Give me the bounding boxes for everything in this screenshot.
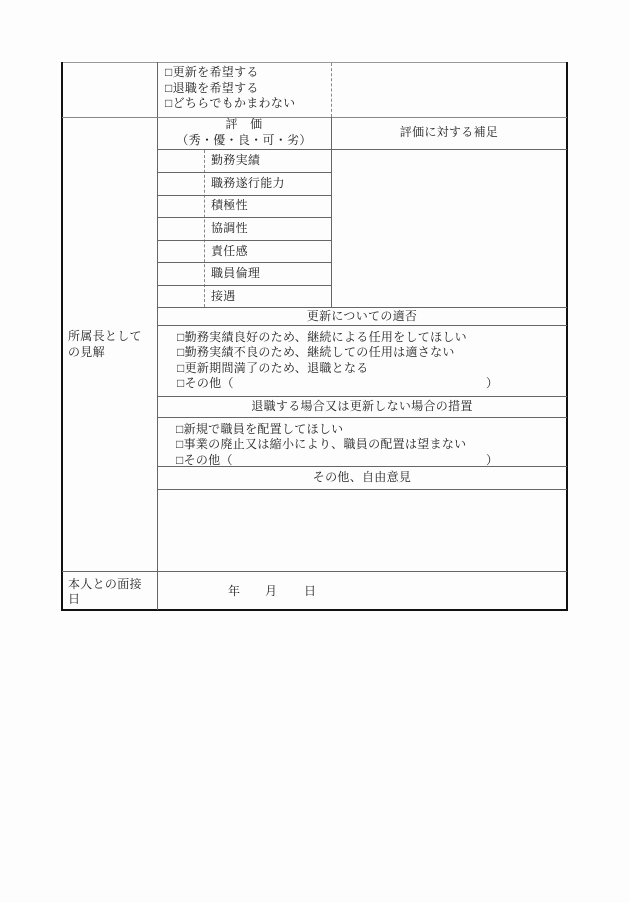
option-term-expired: □更新期間満了のため、退職となる (177, 361, 467, 377)
measures-options: □新規で職員を配置してほしい □事業の廃止又は縮小により、職員の配置は望まない … (176, 422, 466, 469)
evaluation-item-initiative: 積極性 (211, 198, 248, 214)
row-divider (62, 571, 567, 572)
label-line: 本人との面接 (68, 577, 142, 593)
evaluation-header-title: 評 価 (157, 117, 331, 133)
option-wish-retire: □退職を希望する (165, 81, 295, 97)
option-label: 更新期間満了のため、退職となる (185, 361, 369, 375)
option-label: 退職を希望する (173, 81, 259, 95)
evaluation-item-ethics: 職員倫理 (211, 266, 260, 282)
row-divider (157, 325, 567, 326)
option-either: □どちらでもかまわない (165, 96, 295, 112)
option-label: その他（ (184, 453, 233, 467)
table-border-top (61, 62, 568, 63)
checkbox: □ (165, 65, 173, 81)
table-border-bottom (61, 609, 568, 611)
checkbox: □ (165, 96, 173, 112)
grade-entry-divider (204, 150, 205, 307)
row-divider (157, 195, 331, 196)
checkbox: □ (176, 422, 184, 438)
label-line: 日 (68, 592, 142, 608)
renewal-suitability-options: □勤務実績良好のため、継続による任用をしてほしい □勤務実績不良のため、継続して… (177, 330, 467, 392)
evaluation-item-work-results: 勤務実績 (211, 153, 260, 169)
dashed-divider (331, 63, 332, 117)
interview-date-label: 本人との面接 日 (68, 577, 142, 608)
evaluation-item-cooperation: 協調性 (211, 221, 248, 237)
supervisor-opinion-label: 所属長として の見解 (68, 329, 142, 360)
month-label: 月 (265, 584, 277, 600)
day-label: 日 (304, 584, 316, 600)
renewal-suitability-header: 更新についての適否 (157, 309, 567, 325)
row-divider (157, 240, 331, 241)
evaluation-item-customer-service: 接遇 (211, 289, 236, 305)
option-label: どちらでもかまわない (173, 96, 296, 110)
option-label: 勤務実績不良のため、継続しての任用は適さない (185, 345, 455, 359)
option-other: □その他（ (177, 376, 467, 392)
form-page: □更新を希望する □退職を希望する □どちらでもかまわない 所属長として の見解… (0, 0, 630, 903)
row-divider (157, 466, 567, 467)
checkbox: □ (177, 376, 185, 392)
evaluation-column-divider (331, 117, 332, 307)
table-border-left (61, 62, 63, 611)
other-close-paren: ） (486, 376, 498, 392)
option-label: 新規で職員を配置してほしい (184, 422, 344, 436)
evaluation-item-job-ability: 職務遂行能力 (211, 176, 285, 192)
option-assign-new-staff: □新規で職員を配置してほしい (176, 422, 466, 438)
table-border-right (566, 62, 568, 611)
row-divider (157, 149, 567, 150)
option-wish-renew: □更新を希望する (165, 65, 295, 81)
row-divider (157, 417, 567, 418)
evaluation-item-responsibility: 責任感 (211, 244, 248, 260)
checkbox: □ (177, 361, 185, 377)
renewal-wish-options: □更新を希望する □退職を希望する □どちらでもかまわない (165, 65, 295, 112)
row-divider (157, 285, 331, 286)
option-good-performance: □勤務実績良好のため、継続による任用をしてほしい (177, 330, 467, 346)
row-divider (157, 262, 331, 263)
row-divider (157, 217, 331, 218)
year-label: 年 (228, 584, 240, 600)
option-poor-performance: □勤務実績不良のため、継続しての任用は適さない (177, 345, 467, 361)
option-label: 更新を希望する (173, 65, 259, 79)
evaluation-supplement-header: 評価に対する補足 (331, 125, 567, 141)
evaluation-header-scale: （秀・優・良・可・劣） (157, 133, 331, 149)
row-divider (157, 489, 567, 490)
measures-header: 退職する場合又は更新しない場合の措置 (157, 399, 567, 415)
row-divider (157, 396, 567, 397)
row-divider (157, 172, 331, 173)
free-opinion-header: その他、自由意見 (157, 470, 567, 486)
option-label: 勤務実績良好のため、継続による任用をしてほしい (185, 330, 467, 344)
free-opinion-field (165, 495, 560, 565)
checkbox: □ (177, 345, 185, 361)
option-label: 事業の廃止又は縮小により、職員の配置は望まない (184, 437, 467, 451)
checkbox: □ (165, 81, 173, 97)
option-label: その他（ (185, 376, 234, 390)
label-line: 所属長として (68, 329, 142, 345)
label-line: の見解 (68, 345, 142, 361)
checkbox: □ (176, 437, 184, 453)
option-no-assignment: □事業の廃止又は縮小により、職員の配置は望まない (176, 437, 466, 453)
checkbox: □ (177, 330, 185, 346)
